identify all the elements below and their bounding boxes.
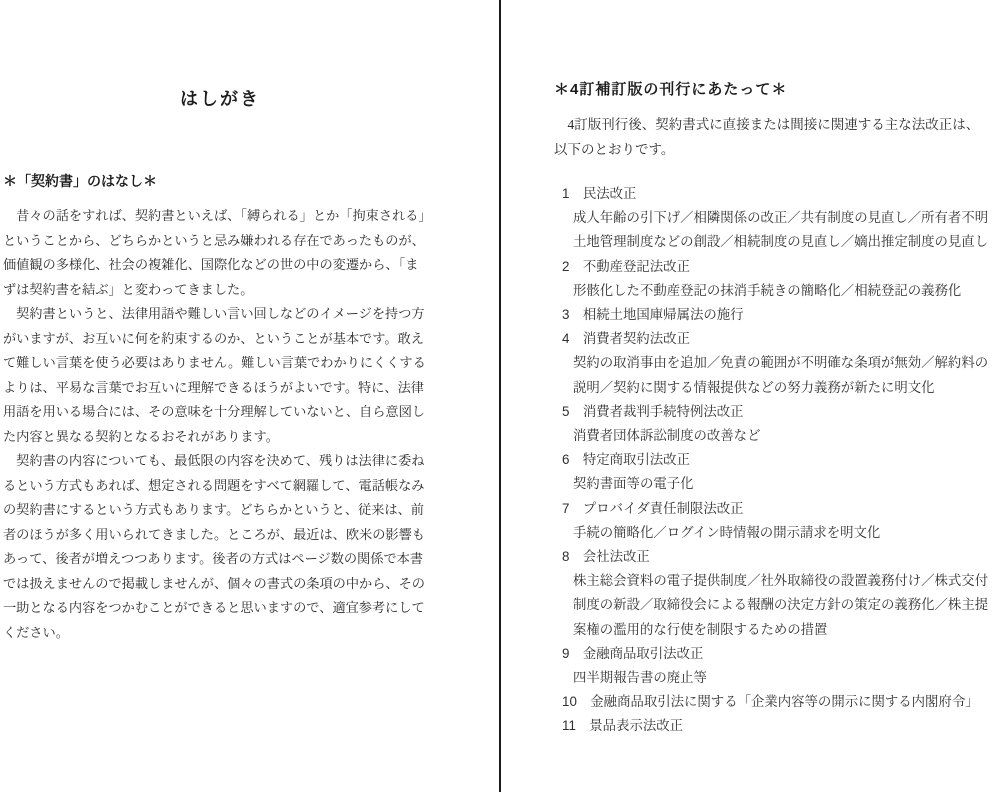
right-page: ＊4訂補訂版の刊行にあたって＊ 4訂版刊行後、契約書式に直接または間接に関連する… <box>502 0 1000 792</box>
law-item-heading: 1 民法改正 <box>554 182 988 206</box>
body-line: た内容と異なる契約となるおそれがあります。 <box>3 425 432 450</box>
law-item-heading: 8 会社法改正 <box>554 545 988 569</box>
law-item-heading: 11 景品表示法改正 <box>554 714 988 738</box>
right-intro-text: 4訂版刊行後、契約書式に直接または間接に関連する主な法改正は、以下のとおりです。 <box>554 112 979 162</box>
body-line: て難しい言葉を使う必要はありません。難しい言葉でわかりにくくする <box>3 351 432 376</box>
body-line: では扱えませんので掲載しませんが、個々の書式の条項の中から、その <box>3 572 432 597</box>
body-line: がいますが、お互いに何を約束するのか、ということが基本です。敢え <box>3 327 432 352</box>
law-item-detail: 制度の新設／取締役会による報酬の決定方針の策定の義務化／株主提 <box>554 593 988 617</box>
body-line: ということから、どちらかというと忌み嫌われる存在であったものが、 <box>3 229 432 254</box>
law-item-heading: 10 金融商品取引法に関する「企業内容等の開示に関する内閣府令」 <box>554 690 988 714</box>
law-item-detail: 形骸化した不動産登記の抹消手続きの簡略化／相続登記の義務化 <box>554 279 988 303</box>
right-page-heading: ＊4訂補訂版の刊行にあたって＊ <box>554 80 787 100</box>
body-line: ずは契約書を結ぶ」と変わってきました。 <box>3 278 432 303</box>
intro-line: 以下のとおりです。 <box>554 137 979 162</box>
book-spread: はしがき ＊「契約書」のはなし＊ 昔々の話をすれば、契約書といえば、「縛られる」… <box>0 0 1000 792</box>
law-item-heading: 2 不動産登記法改正 <box>554 255 988 279</box>
body-line: 契約書というと、法律用語や難しい言い回しなどのイメージを持つ方 <box>3 302 432 327</box>
body-line: 昔々の話をすれば、契約書といえば、「縛られる」とか「拘束される」 <box>3 204 432 229</box>
body-line: 一助となる内容をつかむことができると思いますので、適宜参考にして <box>3 596 432 621</box>
law-item-detail: 説明／契約に関する情報提供などの努力義務が新たに明文化 <box>554 376 988 400</box>
law-item-heading: 7 プロバイダ責任制限法改正 <box>554 497 988 521</box>
body-line: ください。 <box>3 621 432 646</box>
body-line: よりは、平易な言葉でお互いに理解できるほうがよいです。特に、法律 <box>3 376 432 401</box>
law-item-detail: 契約書面等の電子化 <box>554 472 988 496</box>
law-revision-list: 1 民法改正成人年齢の引下げ／相隣関係の改正／共有制度の見直し／所有者不明土地管… <box>554 182 988 739</box>
body-line: 者のほうが多く用いられてきました。ところが、最近は、欧米の影響も <box>3 523 432 548</box>
left-page: はしがき ＊「契約書」のはなし＊ 昔々の話をすれば、契約書といえば、「縛られる」… <box>0 0 499 792</box>
body-line: 価値観の多様化、社会の複雑化、国際化などの世の中の変遷から、「ま <box>3 253 432 278</box>
law-item-detail: 消費者団体訴訟制度の改善など <box>554 424 988 448</box>
left-body-text: 昔々の話をすれば、契約書といえば、「縛られる」とか「拘束される」ということから、… <box>3 204 432 645</box>
body-line: 用語を用いる場合には、その意味を十分理解していないと、自ら意図し <box>3 400 432 425</box>
page-divider <box>499 0 501 792</box>
law-item-heading: 6 特定商取引法改正 <box>554 448 988 472</box>
body-line: の契約書にするという方式もあります。どちらかというと、従来は、前 <box>3 498 432 523</box>
left-page-title: はしがき <box>0 85 440 111</box>
law-item-heading: 3 相続土地国庫帰属法の施行 <box>554 303 988 327</box>
intro-line: 4訂版刊行後、契約書式に直接または間接に関連する主な法改正は、 <box>554 112 979 137</box>
law-item-detail: 手続の簡略化／ログイン時情報の開示請求を明文化 <box>554 521 988 545</box>
law-item-detail: 契約の取消事由を追加／免責の範囲が不明確な条項が無効／解約料の <box>554 351 988 375</box>
left-section-heading: ＊「契約書」のはなし＊ <box>3 171 157 191</box>
law-item-detail: 土地管理制度などの創設／相続制度の見直し／嫡出推定制度の見直し <box>554 230 988 254</box>
law-item-heading: 5 消費者裁判手続特例法改正 <box>554 400 988 424</box>
law-item-heading: 9 金融商品取引法改正 <box>554 642 988 666</box>
body-line: あって、後者が増えつつあります。後者の方式はページ数の関係で本書 <box>3 547 432 572</box>
body-line: るという方式もあれば、想定される問題をすべて網羅して、電話帳なみ <box>3 474 432 499</box>
law-item-detail: 株主総会資料の電子提供制度／社外取締役の設置義務付け／株式交付 <box>554 569 988 593</box>
law-item-detail: 成人年齢の引下げ／相隣関係の改正／共有制度の見直し／所有者不明 <box>554 206 988 230</box>
law-item-detail: 案権の濫用的な行使を制限するための措置 <box>554 618 988 642</box>
law-item-heading: 4 消費者契約法改正 <box>554 327 988 351</box>
law-item-detail: 四半期報告書の廃止等 <box>554 666 988 690</box>
body-line: 契約書の内容についても、最低限の内容を決めて、残りは法律に委ね <box>3 449 432 474</box>
